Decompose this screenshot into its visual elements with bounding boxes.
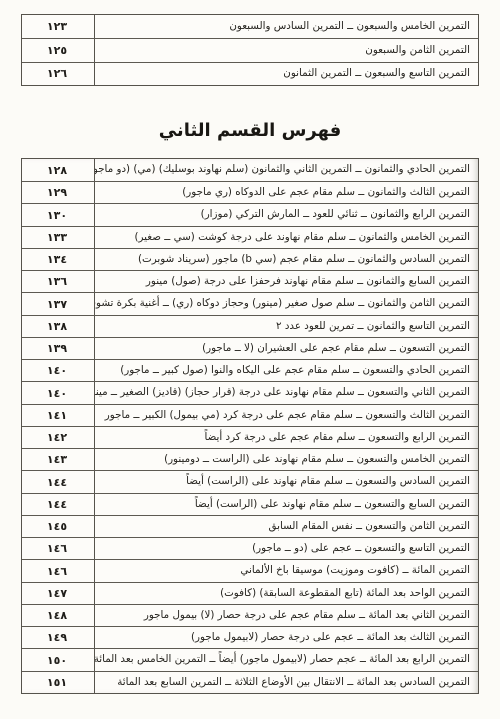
page-number: ١٣٤ [22,249,95,270]
page-number: ١٢٦ [22,63,95,85]
index-row: ١٤٣التمرين الخامس والتسعون ــ سلم مقام ن… [22,448,478,470]
page-number: ١٣٨ [22,316,95,337]
entry-text: التمرين التاسع والثمانون ــ تمرين للعود … [95,316,478,337]
page-number: ١٣٦ [22,271,95,292]
page-number: ١٤٥ [22,516,95,537]
index-row: ١٤٩التمرين الثالث بعد المائة ــ عجم على … [22,626,478,648]
index-row: ١٣٦التمرين السابع والثمانون ــ سلم مقام … [22,270,478,292]
entry-text: التمرين السابع والثمانون ــ سلم مقام نها… [95,271,478,292]
index-row: ١٣٩التمرين التسعون ــ سلم مقام عجم على ا… [22,337,478,359]
page-number: ١٣٠ [22,204,95,225]
entry-text: التمرين التاسع والتسعون ــ عجم على (دو ـ… [95,538,478,559]
entry-text: التمرين الحادي والتسعون ــ سلم مقام عجم … [95,360,478,381]
entry-text: التمرين الثاني والتسعون ــ سلم مقام نهاو… [95,382,478,403]
entry-text: التمرين الثالث بعد المائة ــ عجم على درج… [95,627,478,648]
index-row: ١٣٣التمرين الخامس والثمانون ــ سلم مقام … [22,226,478,248]
index-table: ١٢٨التمرين الحادي والثمانون ــ التمرين ا… [21,158,479,694]
section-heading: فهرس القسم الثاني [21,120,479,141]
index-row: ١٤٨التمرين الثاني بعد المائة ــ سلم مقام… [22,604,478,626]
index-row: ١٤٤التمرين السابع والتسعون ــ سلم مقام ن… [22,493,478,515]
index-row: ١٢٦التمرين التاسع والسبعون ــ التمرين ال… [22,62,478,85]
page-number: ١٤٧ [22,583,95,604]
entry-text: التمرين الثامن والثمانون ــ سلم صول صغير… [95,293,478,314]
continuation-table: ١٢٣التمرين الخامس والسبعون ــ التمرين ال… [21,14,479,86]
index-row: ١٤٦التمرين التاسع والتسعون ــ عجم على (د… [22,537,478,559]
entry-text: التمرين الخامس والسبعون ــ التمرين الساد… [95,15,478,38]
page-number: ١٥١ [22,672,95,693]
page-number: ١٣٣ [22,227,95,248]
index-row: ١٢٩التمرين الثالث والثمانون ــ سلم مقام … [22,181,478,203]
index-row: ١٢٥التمرين الثامن والسبعون [22,38,478,61]
entry-text: التمرين التسعون ــ سلم مقام عجم على العش… [95,338,478,359]
index-row: ١٤٠التمرين الثاني والتسعون ــ سلم مقام ن… [22,381,478,403]
index-row: ١٤٢التمرين الرابع والتسعون ــ سلم مقام ع… [22,426,478,448]
entry-text: التمرين الثالث والثمانون ــ سلم مقام عجم… [95,182,478,203]
page-number: ١٤٦ [22,538,95,559]
entry-text: التمرين السابع والتسعون ــ سلم مقام نهاو… [95,494,478,515]
page-number: ١٤١ [22,405,95,426]
entry-text: التمرين الثاني بعد المائة ــ سلم مقام عج… [95,605,478,626]
entry-text: التمرين المائة ــ (كافوت وموزيت) موسيقا … [95,560,478,581]
page-number: ١٤٩ [22,627,95,648]
index-row: ١٣٧التمرين الثامن والثمانون ــ سلم صول ص… [22,292,478,314]
entry-text: التمرين الرابع بعد المائة ــ عجم حصار (ل… [95,649,478,670]
index-row: ١٤١التمرين الثالث والتسعون ــ سلم مقام ع… [22,404,478,426]
entry-text: التمرين الخامس والتسعون ــ سلم مقام نهاو… [95,449,478,470]
entry-text: التمرين السادس بعد المائة ــ الانتقال بي… [95,672,478,693]
index-row: ١٤٠التمرين الحادي والتسعون ــ سلم مقام ع… [22,359,478,381]
page-number: ١٣٩ [22,338,95,359]
entry-text: التمرين السادس والثمانون ــ سلم مقام عجم… [95,249,478,270]
entry-text: التمرين الخامس والثمانون ــ سلم مقام نها… [95,227,478,248]
page-number: ١٣٧ [22,293,95,314]
index-row: ١٤٤التمرين السادس والتسعون ــ سلم مقام ن… [22,470,478,492]
page-number: ١٤٠ [22,382,95,403]
entry-text: التمرين الثامن والتسعون ــ نفس المقام ال… [95,516,478,537]
page-number: ١٤٨ [22,605,95,626]
scanned-book-page: ١٢٣التمرين الخامس والسبعون ــ التمرين ال… [0,0,500,719]
entry-text: التمرين الثالث والتسعون ــ سلم مقام عجم … [95,405,478,426]
entry-text: التمرين الرابع والثمانون ــ ثنائي للعود … [95,204,478,225]
page-number: ١٢٥ [22,39,95,61]
entry-text: التمرين السادس والتسعون ــ سلم مقام نهاو… [95,471,478,492]
entry-text: التمرين التاسع والسبعون ــ التمرين الثما… [95,63,478,85]
page-number: ١٤٤ [22,494,95,515]
entry-text: التمرين الرابع والتسعون ــ سلم مقام عجم … [95,427,478,448]
page-number: ١٤٠ [22,360,95,381]
page-number: ١٤٢ [22,427,95,448]
index-row: ١٤٦التمرين المائة ــ (كافوت وموزيت) موسي… [22,559,478,581]
page-number: ١٤٣ [22,449,95,470]
page-number: ١٥٠ [22,649,95,670]
entry-text: التمرين الثامن والسبعون [95,39,478,61]
page-number: ١٤٦ [22,560,95,581]
index-row: ١٣٨التمرين التاسع والثمانون ــ تمرين للع… [22,315,478,337]
index-row: ١٢٣التمرين الخامس والسبعون ــ التمرين ال… [22,15,478,38]
page-number: ١٢٨ [22,159,95,181]
index-row: ١٣٠التمرين الرابع والثمانون ــ ثنائي للع… [22,203,478,225]
index-row: ١٢٨التمرين الحادي والثمانون ــ التمرين ا… [22,159,478,181]
page-number: ١٢٩ [22,182,95,203]
entry-text: التمرين الواحد بعد المائة (تابع المقطوعة… [95,583,478,604]
index-row: ١٤٧التمرين الواحد بعد المائة (تابع المقط… [22,582,478,604]
index-row: ١٤٥التمرين الثامن والتسعون ــ نفس المقام… [22,515,478,537]
index-row: ١٣٤التمرين السادس والثمانون ــ سلم مقام … [22,248,478,270]
entry-text: التمرين الحادي والثمانون ــ التمرين الثا… [95,159,478,181]
page-number: ١٢٣ [22,15,95,38]
index-row: ١٥٠التمرين الرابع بعد المائة ــ عجم حصار… [22,648,478,670]
page-number: ١٤٤ [22,471,95,492]
index-row: ١٥١التمرين السادس بعد المائة ــ الانتقال… [22,671,478,693]
